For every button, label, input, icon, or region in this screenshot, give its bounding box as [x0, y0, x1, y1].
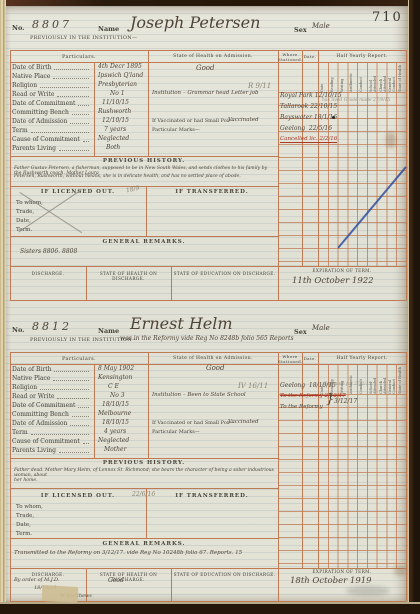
report-column-label: Church Attended	[379, 365, 387, 394]
prev-history-text: her home.	[14, 478, 38, 483]
field-row: Cause of Commitment	[12, 438, 92, 445]
grid-line	[10, 236, 278, 237]
field-row: Date of Commitment	[12, 402, 92, 409]
station-entry: To the Reformy	[280, 404, 323, 410]
report-column-label: School Attended	[369, 365, 377, 394]
record-name: Ernest Helm	[130, 314, 233, 333]
field-value: 12/10/15	[102, 117, 129, 124]
field-row: Date of Admission	[12, 420, 92, 427]
field-row: Term	[12, 127, 92, 134]
discharge-header: DISCHARGE.	[10, 271, 86, 276]
dotted-leader	[53, 376, 89, 381]
station-place: Cancelled lic.	[280, 136, 318, 142]
licensed-field-label: Trade,	[16, 513, 34, 519]
education-discharge-header: STATE OF EDUCATION ON DISCHARGE.	[171, 271, 278, 276]
prev-history-header: PREVIOUS HISTORY.	[10, 460, 278, 466]
station-place: To the Reformy	[280, 393, 323, 399]
pencil-reference: R 9/11	[248, 82, 271, 90]
dotted-leader	[78, 101, 89, 106]
field-value: No 3	[110, 392, 125, 399]
report-column-label: Date	[320, 63, 324, 92]
report-column-label: Date	[320, 365, 324, 394]
field-label: Date of Admission	[12, 420, 67, 427]
dotted-leader	[31, 128, 89, 133]
report-column-label: General Conduct	[388, 365, 396, 394]
report-column-label: School Attended	[369, 63, 377, 92]
health-value: Good	[196, 64, 215, 72]
report-column-label: Arithmetic	[349, 365, 353, 394]
prev-history-text: Petersen, Rushworth, without means, she …	[14, 174, 276, 179]
dotted-leader	[40, 385, 89, 390]
field-row: Date of Birth	[12, 366, 92, 373]
report-column-label: Reading	[330, 63, 334, 92]
transferred-header: IF TRANSFERRED.	[146, 493, 278, 499]
dotted-leader	[72, 110, 89, 115]
column-header-particulars: Particulars.	[10, 356, 148, 362]
vaccinated-value: Vaccinated	[228, 419, 258, 425]
licensed-pencil-note: 22/6/16	[132, 491, 155, 498]
dotted-leader	[53, 74, 89, 79]
station-date: 3/12/17	[334, 398, 357, 405]
grid-line	[148, 352, 149, 458]
field-value: Neglected	[98, 437, 129, 444]
field-value: Kensington	[98, 374, 132, 381]
field-value: No 1	[110, 90, 125, 97]
register-page: 710 No. 8807 Name Joseph Petersen Sex Ma…	[6, 6, 408, 602]
field-row: Term	[12, 429, 92, 436]
station-place: Geelong	[280, 382, 307, 389]
pencil-reference: IV 16/11	[238, 382, 268, 390]
dotted-leader	[54, 65, 89, 70]
field-value: 4 years	[104, 428, 126, 435]
dotted-leader	[31, 430, 89, 435]
dotted-leader	[59, 146, 89, 151]
prev-history-text: Father dead. Mother Mary Helm, of Lennox…	[14, 468, 276, 478]
station-date: 22/10/15	[310, 103, 337, 110]
education-discharge-header: STATE OF EDUCATION ON DISCHARGE.	[171, 572, 278, 577]
field-label: Native Place	[12, 73, 50, 80]
column-header-date: Date.	[302, 356, 318, 361]
report-pencil-note: Dan note for 27/2/15	[324, 382, 371, 387]
ink-dot	[332, 116, 335, 119]
report-column-label: Conduct	[359, 63, 363, 92]
field-label: Committing Bench	[12, 411, 69, 418]
dotted-leader	[54, 367, 89, 372]
dotted-leader	[78, 403, 89, 408]
field-row: Committing Bench	[12, 109, 92, 116]
field-value: Ipswich Q'land	[98, 72, 143, 79]
marks-label: Particular Marks—	[152, 127, 200, 133]
dotted-leader	[59, 448, 89, 453]
no-label: No.	[12, 24, 24, 32]
report-column-label: State of Health	[398, 63, 402, 92]
field-label: Parents Living	[12, 447, 56, 454]
field-row: Committing Bench	[12, 411, 92, 418]
station-date: 2/2/16	[320, 136, 338, 142]
field-label: Date of Birth	[12, 366, 51, 373]
dotted-leader	[40, 83, 89, 88]
report-column-label: State of Health	[398, 365, 402, 394]
column-header-report: Half Yearly Report.	[318, 356, 406, 361]
report-column-label: Church Attended	[379, 63, 387, 92]
grid-line	[10, 50, 406, 51]
licensed-header: IF LICENSED OUT.	[10, 493, 146, 499]
field-label: Cause of Commitment	[12, 136, 80, 143]
column-header-stationed: Where Stationed.	[278, 52, 302, 62]
vaccinated-label: If Vaccinated or had Small Pox—	[152, 420, 235, 426]
field-row: Religion	[12, 384, 92, 391]
field-row: Parents Living	[12, 145, 92, 152]
grid-line	[148, 50, 149, 156]
field-label: Term	[12, 127, 28, 134]
report-column-label: Reading	[330, 365, 334, 394]
field-row: Read or Write	[12, 91, 92, 98]
record-sex: Male	[312, 22, 330, 30]
station-place: Bayswater	[280, 114, 312, 121]
record-entry-1: No. 8807 Name Joseph Petersen Sex Male P…	[6, 8, 408, 304]
field-label: Term	[12, 429, 28, 436]
field-value: Both	[106, 144, 120, 151]
field-value: Neglected	[98, 135, 129, 142]
field-value: Melbourne	[98, 410, 131, 417]
grid-line	[10, 458, 278, 459]
previously-label: PREVIOUSLY IN THE INSTITUTION—	[30, 35, 137, 41]
paper-repair-patch	[42, 585, 79, 603]
licensed-field-label: Date,	[16, 218, 31, 224]
field-label: Parents Living	[12, 145, 56, 152]
health-discharge-value: Good	[108, 577, 124, 584]
field-value: 7 years	[104, 126, 126, 133]
book-binding-bottom	[0, 602, 420, 614]
licensed-field-label: Term.	[16, 531, 32, 537]
licensed-field-label: To whom,	[16, 504, 43, 510]
sex-label: Sex	[294, 328, 307, 336]
field-row: Native Place	[12, 375, 92, 382]
dotted-leader	[70, 119, 89, 124]
field-row: Religion	[12, 82, 92, 89]
marks-label: Particular Marks—	[152, 429, 200, 435]
station-entry-red: Cancelled lic. 2/2/16	[280, 136, 337, 143]
station-place: Geelong	[280, 125, 307, 132]
field-row: Date of Birth	[12, 64, 92, 71]
transferred-header: IF TRANSFERRED.	[146, 189, 278, 195]
field-label: Date of Commitment	[12, 100, 75, 107]
field-label: Date of Birth	[12, 64, 51, 71]
field-row: Native Place	[12, 73, 92, 80]
station-entry: Bayswater 18/1/16	[280, 114, 337, 121]
record-sex: Male	[312, 324, 330, 332]
grid-line	[94, 62, 95, 156]
stain	[386, 132, 396, 148]
field-row: Date of Commitment	[12, 100, 92, 107]
report-pencil-note: has lived Grade made 27/9/15	[322, 98, 390, 103]
vaccinated-label: If Vaccinated or had Small Pox—	[152, 118, 235, 124]
dotted-leader	[83, 137, 89, 142]
licensed-field-label: Trade,	[16, 209, 34, 215]
field-row: Date of Admission	[12, 118, 92, 125]
grid-line	[10, 352, 11, 601]
field-row: Parents Living	[12, 447, 92, 454]
grid-line	[10, 266, 406, 267]
dotted-leader	[70, 421, 89, 426]
record-entry-2: No. 8812 Name Ernest Helm Sex Male PREVI…	[6, 310, 408, 602]
dotted-leader	[57, 92, 89, 97]
grid-line	[10, 156, 278, 157]
grid-line	[10, 186, 278, 187]
book-binding-right	[408, 0, 420, 614]
field-value: 11/10/15	[102, 99, 129, 106]
field-label: Date of Admission	[12, 118, 67, 125]
general-remarks-header: GENERAL REMARKS.	[10, 541, 278, 547]
expiration-value: 11th October 1922	[292, 276, 374, 286]
report-row-lines	[278, 394, 406, 566]
report-column-label: General Conduct	[388, 63, 396, 92]
discharge-note: By order of M.J.D.	[14, 577, 59, 583]
station-place: Royal Park	[280, 92, 313, 99]
field-label: Date of Commitment	[12, 402, 75, 409]
field-value: 18/10/15	[102, 401, 129, 408]
no-label: No.	[12, 326, 24, 334]
grid-line	[10, 300, 406, 301]
field-value: Mother	[104, 446, 126, 453]
expiration-value: 18th October 1919	[290, 576, 372, 586]
prev-history-header: PREVIOUS HISTORY.	[10, 158, 278, 164]
record-number: 8807	[32, 18, 72, 31]
field-label: Native Place	[12, 375, 50, 382]
field-label: Read or Write	[12, 393, 54, 400]
field-row: Read or Write	[12, 393, 92, 400]
grid-line	[406, 50, 407, 300]
dotted-leader	[57, 394, 89, 399]
previously-note: was in the Reformy vide Reg No 8248b fol…	[120, 335, 294, 342]
grid-line	[94, 364, 95, 458]
dotted-leader	[83, 439, 89, 444]
health-discharge-header: STATE OF HEALTH ON DISCHARGE.	[86, 572, 171, 582]
grid-line	[10, 488, 278, 489]
record-number: 8812	[32, 320, 72, 333]
field-value: 18/10/15	[102, 419, 129, 426]
vaccinated-value: Vaccinated	[228, 117, 258, 123]
field-label: Religion	[12, 384, 37, 391]
field-value: Rushworth	[98, 108, 131, 115]
column-header-health: State of Health on Admission.	[148, 356, 278, 361]
report-column-label: Arithmetic	[349, 63, 353, 92]
grid-line	[10, 50, 11, 300]
field-value: 4th Decr 1895	[98, 63, 142, 70]
institution-note: Institution – Been to State School	[152, 392, 246, 398]
dotted-leader	[72, 412, 89, 417]
grid-line	[406, 352, 407, 601]
name-label: Name	[98, 327, 119, 335]
field-label: Cause of Commitment	[12, 438, 80, 445]
health-discharge-header: STATE OF HEALTH ON DISCHARGE.	[86, 271, 171, 281]
stain	[346, 586, 390, 596]
health-value: Good	[206, 364, 225, 372]
column-header-date: Date.	[302, 54, 318, 59]
column-header-particulars: Particulars.	[10, 54, 148, 60]
sex-label: Sex	[294, 26, 307, 34]
column-header-health: State of Health on Admission.	[148, 54, 278, 59]
station-entry: Tallarook 22/10/15	[280, 103, 337, 110]
stain	[394, 566, 406, 576]
column-header-report: Half Yearly Report.	[318, 54, 406, 59]
grid-line	[10, 538, 278, 539]
institution-note: Institution – Grammar head Letter job	[152, 90, 259, 96]
report-column-label: Writing	[340, 63, 344, 92]
general-remarks-header: GENERAL REMARKS.	[10, 239, 278, 245]
record-name: Joseph Petersen	[130, 13, 260, 32]
field-label: Committing Bench	[12, 109, 69, 116]
expiration-header: EXPIRATION OF TERM.	[278, 268, 406, 273]
field-row: Cause of Commitment	[12, 136, 92, 143]
report-column-label: Conduct	[359, 365, 363, 394]
licensed-field-label: Date,	[16, 522, 31, 528]
general-remarks-text: Transmitted to the Reformy on 3/12/17. v…	[14, 550, 242, 556]
station-entry: Geelong 22/5/16	[280, 125, 332, 132]
name-label: Name	[98, 25, 119, 33]
column-header-stationed: Where Stationed.	[278, 354, 302, 364]
expiration-header: EXPIRATION OF TERM.	[278, 569, 406, 574]
station-place: To the Reformy	[280, 404, 323, 410]
field-label: Read or Write	[12, 91, 54, 98]
general-remarks-text: Sisters 8806. 8808	[20, 248, 77, 255]
grid-line	[10, 352, 406, 353]
station-place: Tallarook	[280, 103, 308, 110]
report-column-label: Writing	[340, 365, 344, 394]
station-date: 22/5/16	[309, 125, 332, 132]
field-value: Presbyterian	[98, 81, 137, 88]
field-value: 8 May 1902	[98, 365, 134, 372]
field-value: C E	[108, 383, 119, 390]
field-label: Religion	[12, 82, 37, 89]
